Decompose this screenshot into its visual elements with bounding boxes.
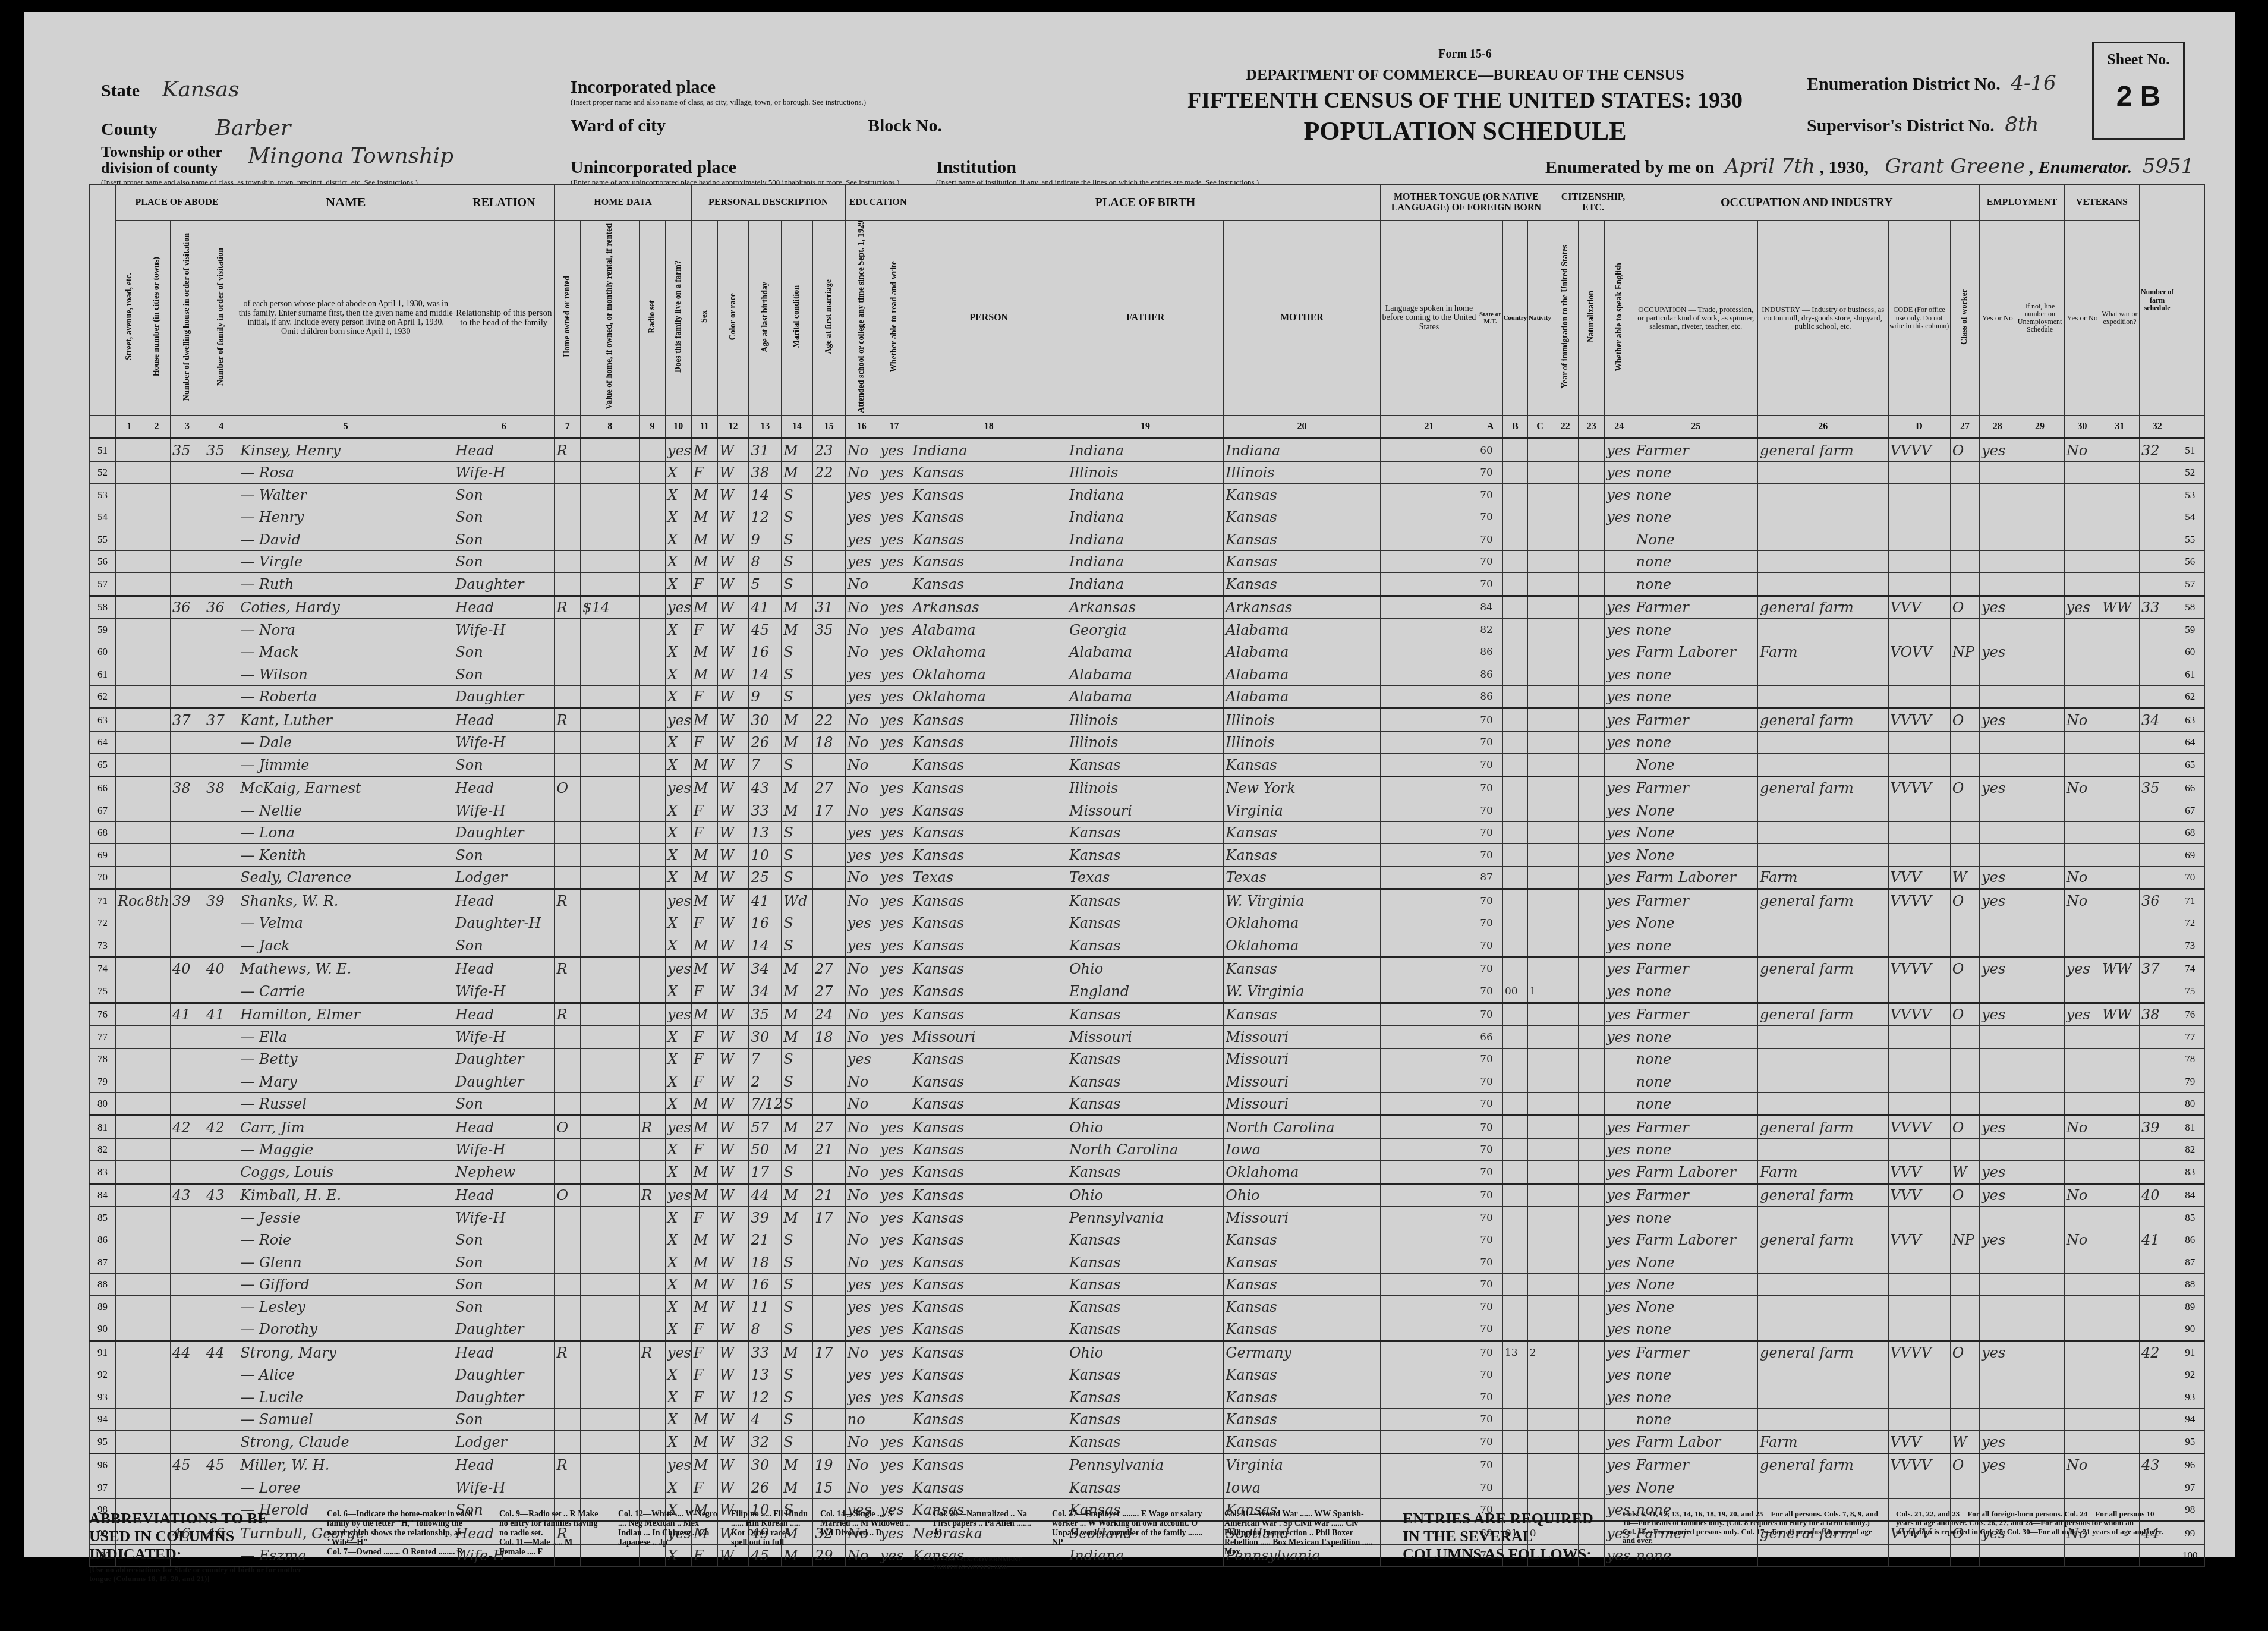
cell-code — [1888, 685, 1950, 709]
cell-rel: Head — [453, 1116, 555, 1139]
cell-age: 8 — [749, 550, 782, 573]
cell-farm: yes — [665, 709, 691, 732]
cell-radio — [640, 1476, 666, 1499]
group-name: NAME — [238, 185, 453, 221]
cell-unemp — [2015, 506, 2064, 528]
table-row: 56— VirgleSonXMW8SyesyesKansasIndianaKan… — [90, 550, 2205, 573]
cell-farm: X — [665, 799, 691, 822]
cell-dwelling — [171, 754, 204, 777]
cell-name: — Lesley — [238, 1296, 453, 1318]
cell-agem: 24 — [812, 1003, 845, 1026]
cell-lang — [1380, 685, 1478, 709]
cell-cls — [1950, 528, 1979, 551]
cell-a: 70 — [1478, 1296, 1503, 1318]
cell-c — [1527, 731, 1552, 754]
header-code-a: State or M.T. — [1478, 221, 1503, 416]
cell-own: R — [555, 1003, 581, 1026]
cell-farm: X — [665, 619, 691, 641]
cell-code: VVV — [1888, 1161, 1950, 1184]
cell-unemp — [2015, 844, 2064, 867]
column-number: 29 — [2015, 416, 2064, 439]
line-number: 54 — [90, 506, 116, 528]
cell-nat — [1579, 844, 1605, 867]
cell-age: 50 — [749, 1138, 782, 1161]
cell-age: 16 — [749, 912, 782, 934]
cell-dwelling: 38 — [171, 776, 204, 799]
line-number-right: 67 — [2175, 799, 2205, 822]
line-number-right: 87 — [2175, 1251, 2205, 1274]
cell-sex: F — [691, 619, 717, 641]
cell-mother: Oklahoma — [1224, 934, 1380, 958]
cell-nat — [1579, 1296, 1605, 1318]
cell-dwelling — [171, 1161, 204, 1184]
line-number-right: 62 — [2175, 685, 2205, 709]
cell-street — [115, 1092, 143, 1116]
cell-c — [1527, 1161, 1552, 1184]
cell-name: — Jessie — [238, 1207, 453, 1229]
line-number-right: 78 — [2175, 1048, 2205, 1070]
header-name: of each person whose place of abode on A… — [238, 221, 453, 416]
census-title: FIFTEENTH CENSUS OF THE UNITED STATES: 1… — [1034, 87, 1896, 114]
cell-unemp — [2015, 573, 2064, 596]
cell-name: — Virgle — [238, 550, 453, 573]
cell-read: yes — [878, 1026, 911, 1048]
cell-fs: 35 — [2139, 776, 2175, 799]
cell-code — [1888, 1296, 1950, 1318]
cell-race: W — [717, 663, 749, 686]
cell-school: No — [845, 1431, 878, 1454]
cell-b: 00 — [1502, 980, 1527, 1003]
cell-school: No — [845, 461, 878, 484]
cell-agem — [812, 1229, 845, 1251]
cell-name: Hamilton, Elmer — [238, 1003, 453, 1026]
cell-read: yes — [878, 461, 911, 484]
cell-cls — [1950, 821, 1979, 844]
unincorporated-label: Unincorporated place — [571, 158, 736, 177]
cell-read — [878, 1048, 911, 1070]
cell-read: yes — [878, 1296, 911, 1318]
line-number: 76 — [90, 1003, 116, 1026]
cell-war — [2100, 439, 2140, 462]
cell-own — [555, 1161, 581, 1184]
cell-age: 11 — [749, 1296, 782, 1318]
cell-sex: F — [691, 912, 717, 934]
line-number-right: 56 — [2175, 550, 2205, 573]
cell-work — [1980, 980, 2015, 1003]
cell-father: Kansas — [1067, 1431, 1223, 1454]
cell-farm: yes — [665, 776, 691, 799]
cell-work — [1980, 1408, 2015, 1431]
cell-vet — [2064, 1364, 2100, 1386]
cell-war — [2100, 685, 2140, 709]
cell-value — [581, 1341, 640, 1364]
cell-b — [1502, 957, 1527, 980]
cell-read: yes — [878, 1318, 911, 1341]
cell-value — [581, 866, 640, 889]
cell-street — [115, 1318, 143, 1341]
cell-read: yes — [878, 1364, 911, 1386]
cell-ind: Farm — [1758, 1161, 1888, 1184]
cell-mar: M — [782, 596, 813, 619]
cell-family — [204, 844, 238, 867]
table-row: 744040Mathews, W. E.HeadRyesMW34M27Noyes… — [90, 957, 2205, 980]
cell-name: — Ruth — [238, 573, 453, 596]
cell-read: yes — [878, 1138, 911, 1161]
cell-rel: Head — [453, 1453, 555, 1476]
cell-read: yes — [878, 506, 911, 528]
entries-title: ENTRIES ARE REQUIRED IN THE SEVERAL COLU… — [1403, 1510, 1605, 1563]
line-number-right: 83 — [2175, 1161, 2205, 1184]
cell-race: W — [717, 1003, 749, 1026]
cell-family: 42 — [204, 1116, 238, 1139]
cell-ind: general farm — [1758, 709, 1888, 732]
cell-fs — [2139, 980, 2175, 1003]
cell-a: 70 — [1478, 1431, 1503, 1454]
cell-cls — [1950, 461, 1979, 484]
cell-war — [2100, 1251, 2140, 1274]
line-number-right: 68 — [2175, 821, 2205, 844]
cell-code — [1888, 506, 1950, 528]
column-number: 13 — [749, 416, 782, 439]
cell-school: yes — [845, 912, 878, 934]
cell-vet — [2064, 484, 2100, 506]
cell-nat — [1579, 709, 1605, 732]
cell-unemp — [2015, 1003, 2064, 1026]
table-row: 663838McKaig, EarnestHeadOyesMW43M27Noye… — [90, 776, 2205, 799]
cell-agem — [812, 506, 845, 528]
cell-vet — [2064, 1161, 2100, 1184]
cell-sex: M — [691, 528, 717, 551]
cell-ind — [1758, 1296, 1888, 1318]
cell-mar: M — [782, 980, 813, 1003]
cell-age: 34 — [749, 957, 782, 980]
cell-farm: X — [665, 685, 691, 709]
cell-farm: yes — [665, 439, 691, 462]
line-number-right: 70 — [2175, 866, 2205, 889]
cell-dwelling — [171, 1138, 204, 1161]
cell-dwelling: 42 — [171, 1116, 204, 1139]
cell-read: yes — [878, 1207, 911, 1229]
cell-cls: O — [1950, 1116, 1979, 1139]
cell-dwelling — [171, 1431, 204, 1454]
cell-father: Kansas — [1067, 1364, 1223, 1386]
entries-required-a: Cols. 6, 11, 12, 13, 14, 16, 18, 19, 20,… — [1623, 1510, 1884, 1545]
cell-farm: yes — [665, 957, 691, 980]
cell-school: yes — [845, 1318, 878, 1341]
cell-father: Georgia — [1067, 619, 1223, 641]
cell-house — [143, 1273, 170, 1296]
cell-ind — [1758, 754, 1888, 777]
cell-dwelling: 39 — [171, 889, 204, 912]
cell-dwelling — [171, 821, 204, 844]
cell-name: — Dale — [238, 731, 453, 754]
cell-mar: S — [782, 1251, 813, 1274]
cell-fs: 38 — [2139, 1003, 2175, 1026]
cell-race: W — [717, 1116, 749, 1139]
cell-house — [143, 1431, 170, 1454]
cell-race: W — [717, 1273, 749, 1296]
cell-unemp — [2015, 596, 2064, 619]
state-label: State — [101, 81, 140, 100]
cell-war — [2100, 1116, 2140, 1139]
cell-unemp — [2015, 484, 2064, 506]
cell-value — [581, 550, 640, 573]
cell-race: W — [717, 709, 749, 732]
cell-mar: M — [782, 1003, 813, 1026]
cell-eng: yes — [1605, 1161, 1634, 1184]
cell-work — [1980, 550, 2015, 573]
cell-house — [143, 1251, 170, 1274]
cell-c — [1527, 596, 1552, 619]
cell-age: 30 — [749, 709, 782, 732]
cell-fs — [2139, 1026, 2175, 1048]
cell-house — [143, 461, 170, 484]
cell-b — [1502, 1476, 1527, 1499]
cell-house — [143, 957, 170, 980]
cell-code: VVVV — [1888, 889, 1950, 912]
cell-ind — [1758, 528, 1888, 551]
cell-nat — [1579, 596, 1605, 619]
cell-radio — [640, 1318, 666, 1341]
cell-b — [1502, 1161, 1527, 1184]
group-occupation: OCCUPATION AND INDUSTRY — [1634, 185, 1980, 221]
cell-birth: Oklahoma — [911, 663, 1067, 686]
cell-age: 10 — [749, 844, 782, 867]
cell-vet — [2064, 1070, 2100, 1093]
cell-race: W — [717, 1431, 749, 1454]
cell-war — [2100, 1092, 2140, 1116]
cell-lang — [1380, 1251, 1478, 1274]
cell-nat — [1579, 461, 1605, 484]
group-veterans: VETERANS — [2064, 185, 2139, 221]
block-field: Block No. — [868, 116, 942, 136]
cell-cls — [1950, 1092, 1979, 1116]
column-number: 4 — [204, 416, 238, 439]
cell-school: yes — [845, 528, 878, 551]
cell-occ: Farm Laborer — [1634, 1161, 1758, 1184]
cell-age: 44 — [749, 1183, 782, 1207]
table-row: 73— JackSonXMW14SyesyesKansasKansasOklah… — [90, 934, 2205, 958]
cell-vet — [2064, 934, 2100, 958]
cell-b — [1502, 1364, 1527, 1386]
line-number-right: 80 — [2175, 1092, 2205, 1116]
cell-code: VVV — [1888, 596, 1950, 619]
cell-b — [1502, 1207, 1527, 1229]
cell-sex: M — [691, 1161, 717, 1184]
cell-b — [1502, 1183, 1527, 1207]
cell-unemp — [2015, 461, 2064, 484]
cell-read: yes — [878, 641, 911, 663]
cell-c — [1527, 1138, 1552, 1161]
cell-dwelling: 44 — [171, 1341, 204, 1364]
cell-c — [1527, 1476, 1552, 1499]
cell-war — [2100, 844, 2140, 867]
cell-school: yes — [845, 844, 878, 867]
cell-age: 33 — [749, 799, 782, 822]
line-number: 72 — [90, 912, 116, 934]
cell-farm: yes — [665, 1116, 691, 1139]
column-number: A — [1478, 416, 1503, 439]
table-row: 54— HenrySonXMW12SyesyesKansasIndianaKan… — [90, 506, 2205, 528]
form-title-block: Form 15-6 DEPARTMENT OF COMMERCE—BUREAU … — [1034, 48, 1896, 146]
cell-imm — [1552, 1431, 1579, 1454]
cell-father: Kansas — [1067, 1048, 1223, 1070]
cell-birth: Kansas — [911, 934, 1067, 958]
line-number: 69 — [90, 844, 116, 867]
line-number-right: 81 — [2175, 1116, 2205, 1139]
cell-imm — [1552, 1273, 1579, 1296]
cell-mother: Alabama — [1224, 663, 1380, 686]
cell-war — [2100, 1273, 2140, 1296]
cell-mother: Virginia — [1224, 799, 1380, 822]
cell-agem — [812, 1273, 845, 1296]
cell-read: yes — [878, 1453, 911, 1476]
cell-mother: Germany — [1224, 1341, 1380, 1364]
cell-race: W — [717, 1138, 749, 1161]
cell-family: 45 — [204, 1453, 238, 1476]
cell-cls — [1950, 484, 1979, 506]
cell-vet — [2064, 641, 2100, 663]
cell-b — [1502, 528, 1527, 551]
cell-age: 7/12 — [749, 1092, 782, 1116]
cell-race: W — [717, 1183, 749, 1207]
cell-farm: X — [665, 1408, 691, 1431]
line-number-right: 71 — [2175, 889, 2205, 912]
cell-fs — [2139, 1296, 2175, 1318]
cell-radio — [640, 709, 666, 732]
cell-unemp — [2015, 1296, 2064, 1318]
line-number-right: 77 — [2175, 1026, 2205, 1048]
cell-rel: Wife-H — [453, 461, 555, 484]
cell-dwelling — [171, 866, 204, 889]
cell-war — [2100, 799, 2140, 822]
table-row: 633737Kant, LutherHeadRyesMW30M22NoyesKa… — [90, 709, 2205, 732]
cell-street — [115, 866, 143, 889]
line-number: 96 — [90, 1453, 116, 1476]
cell-house — [143, 1229, 170, 1251]
cell-name: Sealy, Clarence — [238, 866, 453, 889]
cell-imm — [1552, 1183, 1579, 1207]
cell-eng: yes — [1605, 1003, 1634, 1026]
cell-street — [115, 1116, 143, 1139]
cell-read: yes — [878, 663, 911, 686]
line-number: 63 — [90, 709, 116, 732]
cell-father: Kansas — [1067, 1070, 1223, 1093]
cell-rel: Wife-H — [453, 731, 555, 754]
cell-birth: Kansas — [911, 1229, 1067, 1251]
cell-agem — [812, 821, 845, 844]
cell-cls: O — [1950, 889, 1979, 912]
cell-fs — [2139, 685, 2175, 709]
cell-code — [1888, 1364, 1950, 1386]
cell-name: Strong, Mary — [238, 1341, 453, 1364]
cell-eng: yes — [1605, 439, 1634, 462]
cell-radio — [640, 980, 666, 1003]
cell-b — [1502, 596, 1527, 619]
cell-cls — [1950, 573, 1979, 596]
cell-age: 12 — [749, 506, 782, 528]
cell-race: W — [717, 484, 749, 506]
cell-b — [1502, 1026, 1527, 1048]
cell-birth: Missouri — [911, 1026, 1067, 1048]
cell-radio — [640, 799, 666, 822]
cell-agem: 18 — [812, 1026, 845, 1048]
cell-code — [1888, 799, 1950, 822]
cell-school: no — [845, 1408, 878, 1431]
abbreviations-note: [Use no abbreviations for State or count… — [89, 1566, 303, 1583]
cell-a: 70 — [1478, 1070, 1503, 1093]
cell-own — [555, 528, 581, 551]
cell-sex: F — [691, 821, 717, 844]
cell-school: No — [845, 1183, 878, 1207]
cell-birth: Kansas — [911, 1116, 1067, 1139]
cell-name: — Roie — [238, 1229, 453, 1251]
cell-house — [143, 1453, 170, 1476]
cell-code: VVVV — [1888, 776, 1950, 799]
cell-vet — [2064, 573, 2100, 596]
cell-agem: 19 — [812, 1453, 845, 1476]
cell-street — [115, 1476, 143, 1499]
cell-rel: Lodger — [453, 866, 555, 889]
table-row: 513535Kinsey, HenryHeadRyesMW31M23NoyesI… — [90, 439, 2205, 462]
cell-farm: X — [665, 1251, 691, 1274]
cell-code — [1888, 1386, 1950, 1409]
table-row: 77— EllaWife-HXFW30M18NoyesMissouriMisso… — [90, 1026, 2205, 1048]
cell-street — [115, 1138, 143, 1161]
cell-rel: Son — [453, 1092, 555, 1116]
cell-work — [1980, 1386, 2015, 1409]
cell-imm — [1552, 685, 1579, 709]
cell-mother: Illinois — [1224, 709, 1380, 732]
cell-sex: M — [691, 934, 717, 958]
cell-mar: M — [782, 1026, 813, 1048]
cell-imm — [1552, 934, 1579, 958]
cell-own — [555, 731, 581, 754]
cell-work: yes — [1980, 439, 2015, 462]
cell-nat — [1579, 776, 1605, 799]
cell-race: W — [717, 1386, 749, 1409]
line-number: 58 — [90, 596, 116, 619]
cell-farm: X — [665, 1296, 691, 1318]
cell-cls — [1950, 844, 1979, 867]
cell-occ: none — [1634, 1092, 1758, 1116]
cell-family: 41 — [204, 1003, 238, 1026]
cell-mar: M — [782, 1453, 813, 1476]
column-number: 16 — [845, 416, 878, 439]
cell-birth: Kansas — [911, 550, 1067, 573]
cell-read — [878, 1092, 911, 1116]
cell-read: yes — [878, 912, 911, 934]
cell-read: yes — [878, 685, 911, 709]
cell-lang — [1380, 619, 1478, 641]
cell-vet: No — [2064, 1183, 2100, 1207]
cell-war: WW — [2100, 957, 2140, 980]
cell-read: yes — [878, 980, 911, 1003]
cell-read: yes — [878, 528, 911, 551]
cell-race: W — [717, 1364, 749, 1386]
cell-family: 37 — [204, 709, 238, 732]
cell-cls: O — [1950, 596, 1979, 619]
line-number: 83 — [90, 1161, 116, 1184]
cell-occ: none — [1634, 1207, 1758, 1229]
column-number: 21 — [1380, 416, 1478, 439]
cell-family — [204, 731, 238, 754]
cell-eng — [1605, 528, 1634, 551]
cell-imm — [1552, 1161, 1579, 1184]
cell-sex: M — [691, 1251, 717, 1274]
cell-fs: 39 — [2139, 1116, 2175, 1139]
cell-farm: X — [665, 550, 691, 573]
